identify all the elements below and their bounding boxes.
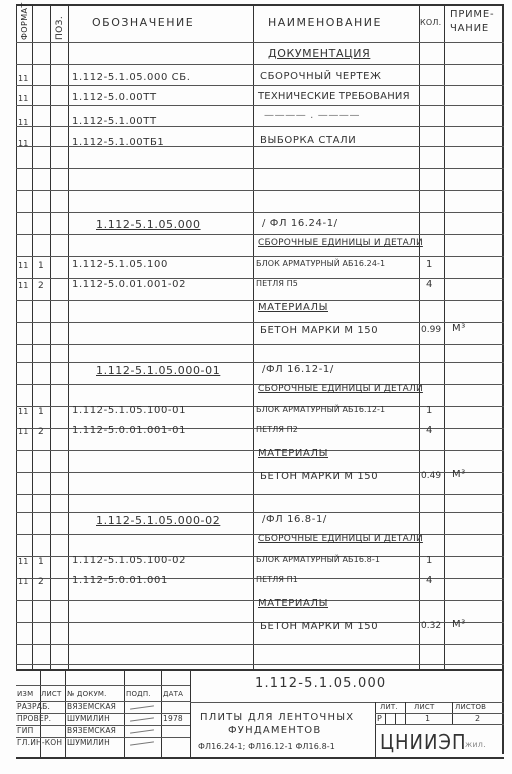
header-format: ФОРМАТ xyxy=(20,2,29,40)
signer-role: РАЗРАБ. xyxy=(17,702,50,711)
pos-cell: 1 xyxy=(38,557,44,567)
designation-cell: 1.112-5.0.00ТТ xyxy=(72,92,157,103)
signature-mark xyxy=(130,717,154,721)
row-line xyxy=(16,362,504,363)
org-suffix: жил. xyxy=(465,740,486,749)
name-cell: СБОРОЧНЫЙ ЧЕРТЕЖ xyxy=(260,71,381,82)
materials-title: МАТЕРИАЛЫ xyxy=(258,448,328,459)
format-cell: 11 xyxy=(18,557,29,566)
signer-name: ШУМИЛИН xyxy=(67,738,110,747)
title-line2: ФУНДАМЕНТОВ xyxy=(228,725,321,736)
row-line xyxy=(16,664,504,665)
lit-label: ЛИТ. xyxy=(380,703,398,711)
row-line xyxy=(16,344,504,345)
row-line xyxy=(16,105,504,106)
signer-name: ВЯЗЕМСКАЯ xyxy=(67,702,116,711)
qty-cell: 1 xyxy=(426,259,433,270)
row-line xyxy=(16,300,504,301)
row-line xyxy=(16,42,504,43)
col-doc-no: № ДОКУМ. xyxy=(67,690,107,698)
grid-line xyxy=(253,4,254,669)
signer-role: ГЛ.ИН-КОН xyxy=(17,738,62,747)
format-cell: 11 xyxy=(18,74,29,83)
name-cell: БЛОК АРМАТУРНЫЙ АБ16.8-1 xyxy=(256,555,380,564)
designation-cell: 1.112-5.1.05.100 xyxy=(72,259,168,270)
material-unit: М³ xyxy=(452,619,466,630)
name-cell: БЛОК АРМАТУРНЫЙ АБ16.24-1 xyxy=(256,259,385,268)
name-cell: ВЫБОРКА СТАЛИ xyxy=(260,135,356,146)
grid-line xyxy=(68,4,69,669)
grid-line xyxy=(50,4,51,669)
material-qty: 0.49 xyxy=(421,471,441,481)
qty-cell: 4 xyxy=(426,279,433,290)
material-name: БЕТОН МАРКИ М 150 xyxy=(260,621,378,632)
assemblies-title: СБОРОЧНЫЕ ЕДИНИЦЫ И ДЕТАЛИ xyxy=(258,534,423,544)
header-note-line1: ПРИМЕ- xyxy=(450,9,494,20)
variant-mark: / ФЛ 16.24-1/ xyxy=(262,218,338,229)
qty-cell: 1 xyxy=(426,555,433,566)
variant-title: 1.112-5.1.05.000-01 xyxy=(96,364,220,377)
row-line xyxy=(16,234,504,235)
material-name: БЕТОН МАРКИ М 150 xyxy=(260,325,378,336)
row-line xyxy=(16,322,504,323)
format-cell: 11 xyxy=(18,427,29,436)
sheets-label: ЛИСТОВ xyxy=(455,703,486,711)
name-cell: ПЕТЛЯ П5 xyxy=(256,279,298,288)
signature-mark xyxy=(130,705,154,709)
format-cell: 11 xyxy=(18,94,29,103)
designation-cell: 1.112-5.0.01.001-02 xyxy=(72,279,186,290)
format-cell: 11 xyxy=(18,118,29,127)
title-line1: ПЛИТЫ ДЛЯ ЛЕНТОЧНЫХ xyxy=(200,712,354,723)
pos-cell: 2 xyxy=(38,281,44,291)
pos-cell: 1 xyxy=(38,407,44,417)
signer-date: 1978 xyxy=(163,714,183,723)
col-list: ЛИСТ xyxy=(41,690,61,698)
header-note-line2: ЧАНИЕ xyxy=(450,23,489,34)
name-cell: ТЕХНИЧЕСКИЕ ТРЕБОВАНИЯ xyxy=(258,91,410,102)
signer-role: ПРОВЕР. xyxy=(17,714,51,723)
header-qty: КОЛ. xyxy=(420,18,441,27)
specification-sheet: ФОРМАТ ПОЗ. ОБОЗНАЧЕНИЕ НАИМЕНОВАНИЕ КОЛ… xyxy=(0,0,512,774)
assemblies-title: СБОРОЧНЫЕ ЕДИНИЦЫ И ДЕТАЛИ xyxy=(258,238,423,248)
format-cell: 11 xyxy=(18,281,29,290)
row-line xyxy=(16,256,504,257)
lit-value: Р xyxy=(377,714,382,723)
designation-cell: 1.112-5.1.00ТТ xyxy=(72,116,157,127)
material-name: БЕТОН МАРКИ М 150 xyxy=(260,471,378,482)
variant-title: 1.112-5.1.05.000 xyxy=(96,218,201,231)
qty-cell: 4 xyxy=(426,575,433,586)
variant-title: 1.112-5.1.05.000-02 xyxy=(96,514,220,527)
grid-line xyxy=(16,4,17,669)
row-line xyxy=(16,644,504,645)
header-designation: ОБОЗНАЧЕНИЕ xyxy=(92,16,194,29)
material-unit: М³ xyxy=(452,323,466,334)
row-line xyxy=(16,494,504,495)
sheet-value: 1 xyxy=(425,714,430,723)
grid-line xyxy=(444,4,445,669)
signer-role: ГИП xyxy=(17,726,33,735)
row-line xyxy=(16,512,504,513)
variant-mark: /ФЛ 16.12-1/ xyxy=(262,364,334,375)
doc-number: 1.112-5.1.05.000 xyxy=(255,676,386,691)
sheet-label: ЛИСТ xyxy=(414,703,434,711)
grid-line xyxy=(419,4,420,669)
format-cell: 11 xyxy=(18,261,29,270)
header-name: НАИМЕНОВАНИЕ xyxy=(268,16,382,29)
format-cell: 11 xyxy=(18,407,29,416)
name-cell: ———— . ———— xyxy=(264,110,360,121)
pos-cell: 2 xyxy=(38,577,44,587)
material-qty: 0.99 xyxy=(421,325,441,335)
col-date: ДАТА xyxy=(163,690,183,698)
qty-cell: 1 xyxy=(426,405,433,416)
row-line xyxy=(16,4,504,6)
row-line xyxy=(16,64,504,65)
sheet-border-right xyxy=(502,4,504,754)
pos-cell: 1 xyxy=(38,261,44,271)
name-cell: БЛОК АРМАТУРНЫЙ АБ16.12-1 xyxy=(256,405,385,414)
org-logo: ЦНИИЭП xyxy=(380,730,467,754)
material-qty: 0.32 xyxy=(421,621,441,631)
designation-cell: 1.112-5.1.05.100-02 xyxy=(72,555,186,566)
sheets-value: 2 xyxy=(475,714,480,723)
row-line xyxy=(16,168,504,169)
designation-cell: 1.112-5.1.05.000 СБ. xyxy=(72,72,191,83)
format-cell: 11 xyxy=(18,577,29,586)
pos-cell: 2 xyxy=(38,427,44,437)
signer-name: ШУМИЛИН xyxy=(67,714,110,723)
materials-title: МАТЕРИАЛЫ xyxy=(258,598,328,609)
row-line xyxy=(16,212,504,213)
col-sign: ПОДП. xyxy=(126,690,151,698)
format-cell: 11 xyxy=(18,139,29,148)
materials-title: МАТЕРИАЛЫ xyxy=(258,302,328,313)
section-documentation: ДОКУМЕНТАЦИЯ xyxy=(268,47,370,60)
title-line3: ФЛ16.24-1; ФЛ16.12-1 ФЛ16.8-1 xyxy=(198,742,335,751)
designation-cell: 1.112-5.0.01.001-01 xyxy=(72,425,186,436)
signature-mark xyxy=(130,741,154,745)
header-pos: ПОЗ. xyxy=(55,16,65,40)
grid-line xyxy=(32,4,33,669)
designation-cell: 1.112-5.0.01.001 xyxy=(72,575,168,586)
material-unit: М³ xyxy=(452,469,466,480)
signer-name: ВЯЗЕМСКАЯ xyxy=(67,726,116,735)
col-izm: ИЗМ xyxy=(17,690,33,698)
row-line xyxy=(16,85,504,86)
variant-mark: /ФЛ 16.8-1/ xyxy=(262,514,327,525)
name-cell: ПЕТЛЯ П2 xyxy=(256,425,298,434)
name-cell: ПЕТЛЯ П1 xyxy=(256,575,298,584)
designation-cell: 1.112-5.1.00ТБ1 xyxy=(72,137,164,148)
designation-cell: 1.112-5.1.05.100-01 xyxy=(72,405,186,416)
row-line xyxy=(16,190,504,191)
signature-mark xyxy=(130,729,154,733)
qty-cell: 4 xyxy=(426,425,433,436)
assemblies-title: СБОРОЧНЫЕ ЕДИНИЦЫ И ДЕТАЛИ xyxy=(258,384,423,394)
